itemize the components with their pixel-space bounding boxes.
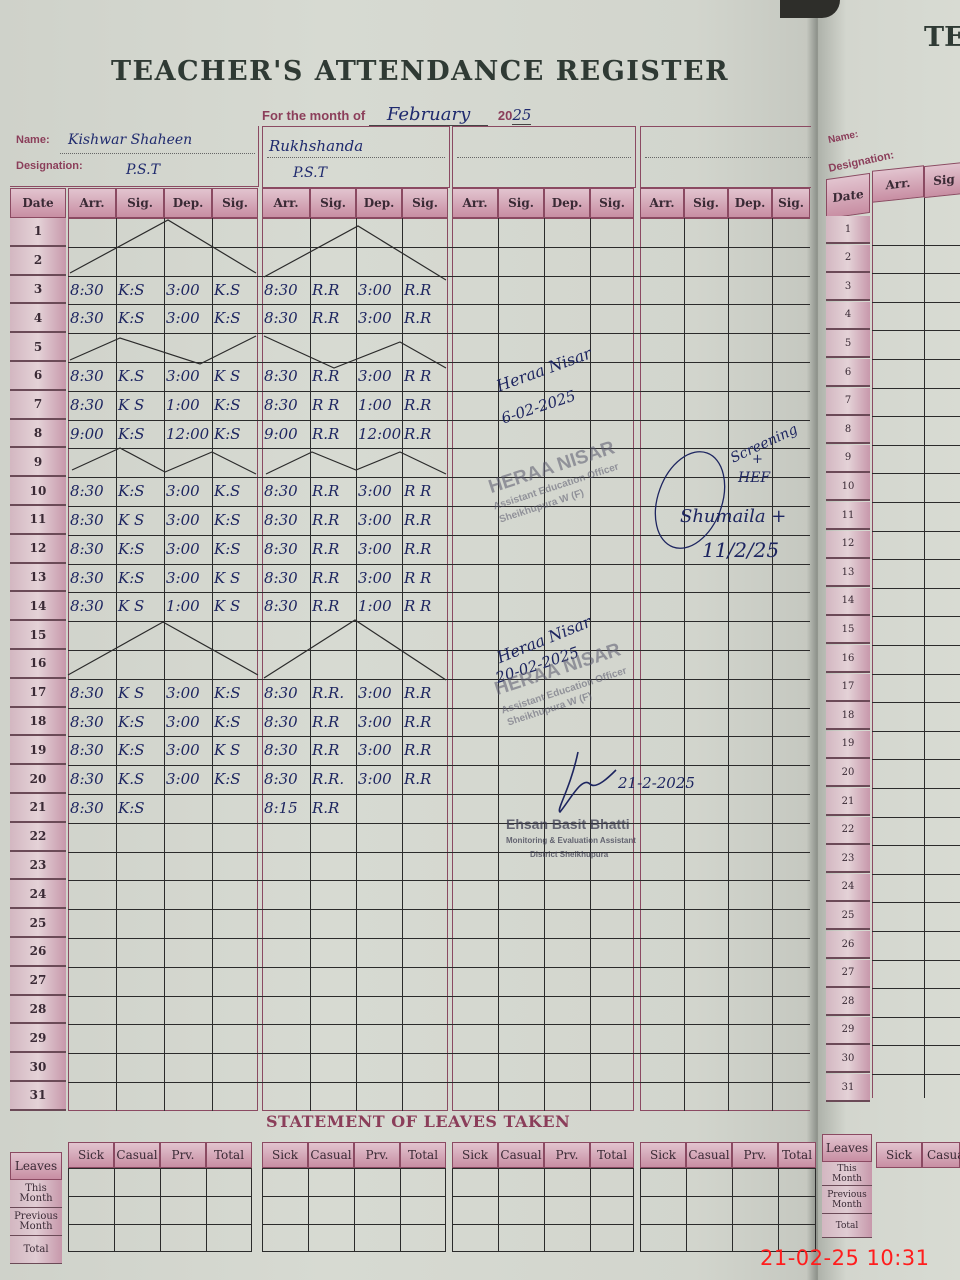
leaves-col-header: Sick bbox=[640, 1142, 686, 1168]
right-page-date-header: Date bbox=[826, 173, 870, 219]
right-date-cell: 6 bbox=[826, 359, 870, 387]
leaves-col-header: Total bbox=[778, 1142, 816, 1168]
leaves-col-header: Sick bbox=[262, 1142, 308, 1168]
right-date-cell: 18 bbox=[826, 702, 870, 730]
right-date-cell: 2 bbox=[826, 245, 870, 273]
right-date-cell: 13 bbox=[826, 559, 870, 587]
visit-4-date: 21-2-2025 bbox=[618, 774, 695, 792]
right-date-cell: 17 bbox=[826, 674, 870, 702]
leaves-col-header: Prv. bbox=[354, 1142, 400, 1168]
stamp-3-title: Monitoring & Evaluation Assistant bbox=[506, 836, 636, 845]
right-sick-header: Sick bbox=[876, 1142, 922, 1168]
right-date-cell: 31 bbox=[826, 1074, 870, 1102]
leaves-total: Total bbox=[10, 1236, 62, 1264]
right-casual-header: Casua bbox=[922, 1142, 960, 1168]
stamp-3-place: District Sheikhupura bbox=[530, 850, 608, 859]
leaves-col-header: Prv. bbox=[732, 1142, 778, 1168]
leaves-col-header: Total bbox=[400, 1142, 446, 1168]
leaves-col-header: Prv. bbox=[160, 1142, 206, 1168]
right-date-cell: 21 bbox=[826, 788, 870, 816]
leaves-col-header: Total bbox=[590, 1142, 634, 1168]
right-page-grid bbox=[872, 198, 960, 1098]
right-date-cell: 20 bbox=[826, 759, 870, 787]
right-date-cell: 30 bbox=[826, 1045, 870, 1073]
right-date-cell: 3 bbox=[826, 273, 870, 301]
leaves-grid-block bbox=[640, 1168, 816, 1252]
right-date-cell: 22 bbox=[826, 817, 870, 845]
right-date-cell: 12 bbox=[826, 531, 870, 559]
right-previous-month: Previous Month bbox=[822, 1186, 872, 1214]
right-date-cell: 7 bbox=[826, 388, 870, 416]
right-page-title-fragment: TE bbox=[924, 22, 960, 53]
right-date-cell: 29 bbox=[826, 1017, 870, 1045]
right-leaves-header: Leaves bbox=[822, 1134, 872, 1162]
photo-timestamp: 21-02-25 10:31 bbox=[760, 1246, 930, 1270]
leaves-col-header: Sick bbox=[452, 1142, 498, 1168]
right-this-month: This Month bbox=[822, 1162, 872, 1186]
right-date-cell: 27 bbox=[826, 960, 870, 988]
right-date-cell: 16 bbox=[826, 645, 870, 673]
leaves-row-header: Leaves bbox=[10, 1152, 62, 1180]
right-date-cell: 9 bbox=[826, 445, 870, 473]
visit-4-signature bbox=[0, 0, 960, 1280]
right-date-cell: 24 bbox=[826, 874, 870, 902]
leaves-col-header: Sick bbox=[68, 1142, 114, 1168]
leaves-col-header: Total bbox=[206, 1142, 252, 1168]
right-page-sig-header: Sig bbox=[924, 162, 960, 198]
right-date-cell: 14 bbox=[826, 588, 870, 616]
right-date-cell: 25 bbox=[826, 902, 870, 930]
right-date-cell: 1 bbox=[826, 216, 870, 244]
right-date-cell: 11 bbox=[826, 502, 870, 530]
right-total: Total bbox=[822, 1214, 872, 1238]
right-date-cell: 15 bbox=[826, 616, 870, 644]
leaves-col-header: Casual bbox=[308, 1142, 354, 1168]
right-date-cell: 4 bbox=[826, 302, 870, 330]
leaves-statement-title: STATEMENT OF LEAVES TAKEN bbox=[266, 1112, 570, 1131]
right-date-cell: 28 bbox=[826, 988, 870, 1016]
right-date-cell: 10 bbox=[826, 473, 870, 501]
leaves-col-header: Casual bbox=[686, 1142, 732, 1168]
leaves-col-header: Prv. bbox=[544, 1142, 590, 1168]
leaves-previous-month: Previous Month bbox=[10, 1208, 62, 1236]
right-date-cell: 19 bbox=[826, 731, 870, 759]
leaves-grid-block bbox=[452, 1168, 634, 1252]
leaves-this-month: This Month bbox=[10, 1180, 62, 1208]
right-date-cell: 8 bbox=[826, 416, 870, 444]
leaves-col-header: Casual bbox=[114, 1142, 160, 1168]
leaves-col-header: Casual bbox=[498, 1142, 544, 1168]
right-date-cell: 5 bbox=[826, 330, 870, 358]
stamp-3-name: Ehsan Basit Bhatti bbox=[506, 816, 630, 832]
right-date-cell: 26 bbox=[826, 931, 870, 959]
right-date-cell: 23 bbox=[826, 845, 870, 873]
